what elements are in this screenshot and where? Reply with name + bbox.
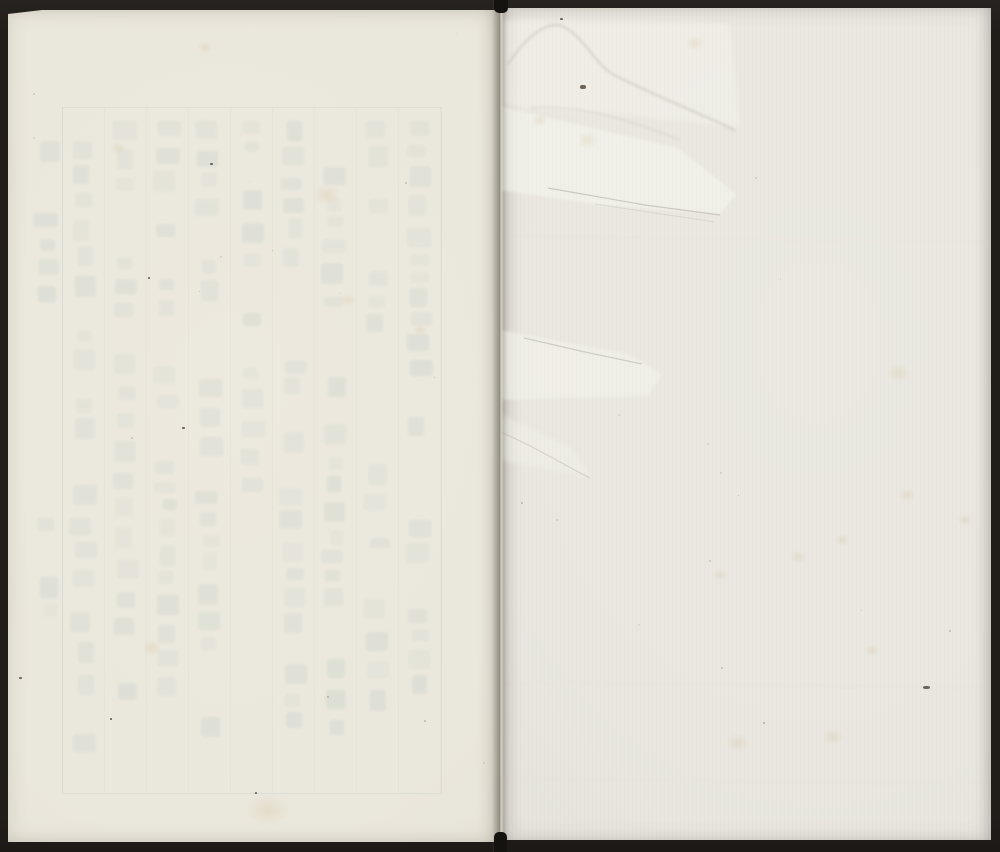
bleedthrough-glyph-smudge (408, 650, 430, 669)
bleedthrough-glyph-smudge (117, 559, 139, 578)
bleedthrough-glyph-smudge (410, 121, 429, 136)
bleedthrough-glyph-smudge (321, 550, 343, 563)
bleedthrough-glyph-smudge (40, 141, 60, 162)
bleedthrough-glyph-smudge (73, 570, 94, 588)
bleedthrough-glyph-smudge (198, 612, 220, 630)
bleedthrough-glyph-smudge (73, 734, 96, 754)
bleedthrough-glyph-smudge (409, 520, 431, 537)
bleedthrough-glyph-smudge (368, 464, 387, 486)
bleedthrough-glyph-smudge (286, 712, 303, 728)
bleedthrough-glyph-smudge (200, 437, 223, 456)
bleedthrough-glyph-smudge (159, 279, 174, 290)
bleedthrough-glyph-smudge (118, 683, 138, 700)
bleedthrough-glyph-smudge (203, 552, 217, 571)
bleedthrough-glyph-smudge (243, 190, 262, 210)
bleedthrough-glyph-smudge (196, 121, 216, 139)
bleedthrough-column-rule (146, 107, 147, 792)
bleedthrough-glyph-smudge (284, 377, 300, 394)
bleedthrough-glyph-smudge (321, 263, 343, 284)
bleedthrough-glyph-smudge (114, 303, 134, 318)
bleedthrough-column-rule (272, 107, 273, 792)
bleedthrough-glyph-smudge (73, 141, 92, 159)
bleedthrough-column-rule (230, 107, 231, 792)
bleedthrough-glyph-smudge (113, 473, 134, 490)
right-page (500, 8, 991, 840)
bleedthrough-glyph-smudge (410, 255, 429, 265)
bleedthrough-column-rule (104, 107, 105, 792)
bleedthrough-glyph-smudge (324, 424, 347, 446)
bleedthrough-glyph-smudge (328, 377, 346, 398)
bleedthrough-glyph-smudge (43, 603, 58, 617)
bleedthrough-glyph-smudge (201, 717, 221, 738)
bleedthrough-glyph-smudge (40, 577, 59, 599)
bleedthrough-glyph-smudge (245, 142, 259, 152)
bleedthrough-glyph-smudge (406, 543, 429, 563)
bleedthrough-glyph-smudge (329, 456, 344, 471)
bleedthrough-glyph-smudge (158, 571, 174, 584)
bleedthrough-glyph-smudge (73, 220, 89, 241)
bleedthrough-glyph-smudge (242, 121, 260, 134)
bleedthrough-glyph-smudge (78, 247, 93, 266)
bleedthrough-glyph-smudge (366, 632, 388, 651)
bleedthrough-column-rule (62, 107, 63, 792)
book-scan (0, 0, 1000, 852)
bleedthrough-glyph-smudge (195, 491, 218, 503)
bleedthrough-glyph-smudge (157, 595, 179, 615)
bleedthrough-glyph-smudge (369, 271, 389, 286)
bleedthrough-glyph-smudge (326, 690, 346, 709)
bleedthrough-glyph-smudge (286, 568, 304, 580)
bleedthrough-column-rule (314, 107, 315, 792)
bleedthrough-glyph-smudge (117, 413, 134, 428)
crease-horizontal-crease-1 (500, 236, 991, 242)
bleedthrough-glyph-smudge (324, 588, 344, 606)
bleedthrough-glyph-smudge (75, 418, 95, 439)
bleedthrough-glyph-smudge (242, 478, 264, 492)
bleedthrough-glyph-smudge (115, 279, 137, 293)
bleedthrough-glyph-smudge (287, 121, 302, 141)
bleedthrough-column-rule (440, 107, 441, 792)
bleedthrough-column-rule (356, 107, 357, 792)
bleedthrough-glyph-smudge (284, 613, 302, 633)
bleedthrough-glyph-smudge (288, 218, 303, 238)
bleedthrough-glyph-smudge (283, 248, 299, 268)
bleedthrough-glyph-smudge (159, 300, 174, 316)
bleedthrough-glyph-smudge (325, 570, 340, 581)
bleedthrough-glyph-smudge (241, 449, 259, 465)
bleedthrough-glyph-smudge (370, 690, 387, 711)
bleedthrough-glyph-smudge (366, 314, 383, 333)
bleedthrough-glyph-smudge (73, 485, 97, 506)
bleedthrough-glyph-smudge (285, 361, 307, 373)
repair-patch-tissue-zone-lower (500, 414, 592, 478)
bleedthrough-text-block (8, 10, 500, 842)
bleedthrough-glyph-smudge (73, 165, 90, 184)
bleedthrough-glyph-smudge (412, 629, 429, 641)
bleedthrough-glyph-smudge (242, 223, 264, 243)
bleedthrough-glyph-smudge (330, 530, 345, 545)
bleedthrough-glyph-smudge (113, 121, 137, 140)
bleedthrough-glyph-smudge (118, 386, 137, 400)
bleedthrough-glyph-smudge (244, 253, 261, 267)
crease-horizontal-crease-3 (500, 778, 991, 784)
bleedthrough-glyph-smudge (285, 664, 307, 685)
bleedthrough-glyph-smudge (195, 199, 218, 215)
bleedthrough-glyph-smudge (322, 239, 346, 253)
bleedthrough-glyph-smudge (75, 542, 97, 559)
repair-patch-crumpled-zone (502, 20, 740, 128)
bleedthrough-glyph-smudge (243, 368, 258, 379)
bleedthrough-glyph-smudge (117, 258, 133, 269)
bleedthrough-glyph-smudge (408, 417, 424, 437)
left-page (8, 10, 500, 842)
bleedthrough-glyph-smudge (367, 661, 388, 678)
bleedthrough-glyph-smudge (34, 213, 58, 227)
bleedthrough-glyph-smudge (283, 198, 304, 213)
bleedthrough-glyph-smudge (410, 166, 432, 188)
bleedthrough-glyph-smudge (156, 148, 179, 164)
bleedthrough-glyph-smudge (160, 546, 175, 566)
bleedthrough-glyph-smudge (412, 675, 427, 694)
bleedthrough-glyph-smudge (201, 637, 216, 650)
bleedthrough-glyph-smudge (154, 482, 175, 494)
bleedthrough-glyph-smudge (370, 538, 390, 548)
bleedthrough-glyph-smudge (78, 642, 95, 664)
binding-notch-top (494, 0, 508, 13)
bleedthrough-glyph-smudge (282, 542, 304, 563)
bleedthrough-glyph-smudge (114, 441, 136, 463)
bleedthrough-glyph-smudge (115, 527, 132, 549)
bleedthrough-glyph-smudge (407, 145, 427, 157)
bleedthrough-glyph-smudge (158, 650, 178, 666)
bleedthrough-glyph-smudge (364, 599, 385, 620)
repair-tissue-layer (500, 8, 991, 840)
gutter-fold (492, 0, 508, 852)
bleedthrough-glyph-smudge (75, 276, 95, 298)
bleedthrough-glyph-smudge (78, 675, 93, 695)
bleedthrough-glyph-smudge (158, 121, 181, 136)
bleedthrough-glyph-smudge (408, 195, 427, 216)
bleedthrough-glyph-smudge (411, 312, 432, 325)
bleedthrough-glyph-smudge (243, 313, 262, 326)
bleedthrough-column-rule (398, 107, 399, 792)
bleedthrough-glyph-smudge (407, 334, 429, 351)
bleedthrough-glyph-smudge (282, 147, 304, 166)
bleedthrough-glyph-smudge (410, 360, 433, 377)
bleedthrough-glyph-smudge (285, 693, 300, 708)
bleedthrough-glyph-smudge (198, 584, 218, 606)
bleedthrough-glyph-smudge (117, 592, 135, 609)
bleedthrough-glyph-smudge (157, 395, 179, 408)
bleedthrough-glyph-smudge (197, 151, 218, 167)
bleedthrough-glyph-smudge (114, 618, 134, 636)
bleedthrough-glyph-smudge (368, 296, 386, 308)
bleedthrough-glyph-smudge (202, 260, 216, 273)
bleedthrough-glyph-smudge (116, 178, 134, 191)
bleedthrough-glyph-smudge (155, 461, 174, 474)
bleedthrough-glyph-smudge (324, 502, 345, 523)
bleedthrough-glyph-smudge (77, 331, 92, 341)
bleedthrough-glyph-smudge (366, 121, 385, 138)
bleedthrough-glyph-smudge (369, 199, 389, 213)
bleedthrough-glyph-smudge (410, 288, 427, 307)
bleedthrough-glyph-smudge (281, 178, 302, 190)
bleedthrough-glyph-smudge (37, 518, 55, 531)
bleedthrough-glyph-smudge (324, 297, 343, 307)
bleedthrough-glyph-smudge (284, 432, 305, 453)
bleedthrough-glyph-smudge (163, 499, 177, 509)
bleedthrough-glyph-smudge (75, 193, 92, 207)
bleedthrough-glyph-smudge (199, 379, 221, 397)
bleedthrough-glyph-smudge (330, 720, 344, 735)
bleedthrough-glyph-smudge (158, 625, 175, 643)
bleedthrough-glyph-smudge (201, 280, 218, 301)
bleedthrough-glyph-smudge (327, 476, 341, 493)
bleedthrough-glyph-smudge (76, 399, 92, 413)
bleedthrough-glyph-smudge (327, 198, 342, 212)
bleedthrough-glyph-smudge (408, 609, 428, 623)
binding-notch-bottom (494, 832, 507, 852)
bleedthrough-glyph-smudge (114, 354, 136, 374)
bleedthrough-glyph-smudge (39, 259, 58, 275)
bleedthrough-glyph-smudge (327, 659, 346, 678)
bleedthrough-glyph-smudge (153, 366, 175, 384)
repair-patch-tissue-strip-middle (500, 330, 662, 400)
bleedthrough-glyph-smudge (200, 512, 216, 525)
bleedthrough-glyph-smudge (115, 497, 133, 517)
bleedthrough-glyph-smudge (410, 272, 430, 283)
bleedthrough-glyph-smudge (74, 349, 95, 370)
bleedthrough-glyph-smudge (159, 518, 175, 537)
bleedthrough-glyph-smudge (284, 588, 305, 607)
bleedthrough-glyph-smudge (153, 171, 175, 193)
bleedthrough-glyph-smudge (203, 535, 220, 546)
bleedthrough-glyph-smudge (242, 421, 266, 437)
bleedthrough-glyph-smudge (157, 677, 176, 696)
bleedthrough-glyph-smudge (156, 224, 176, 237)
bleedthrough-glyph-smudge (69, 518, 91, 535)
bleedthrough-glyph-smudge (407, 228, 431, 247)
crease-horizontal-crease-2 (500, 682, 991, 688)
bleedthrough-glyph-smudge (279, 510, 302, 529)
bleedthrough-glyph-smudge (363, 494, 386, 511)
bleedthrough-glyph-smudge (279, 488, 302, 505)
bleedthrough-glyph-smudge (70, 612, 90, 632)
bleedthrough-glyph-smudge (38, 286, 56, 302)
bleedthrough-glyph-smudge (327, 216, 343, 227)
bleedthrough-glyph-smudge (369, 146, 389, 167)
bleedthrough-glyph-smudge (117, 149, 133, 169)
bleedthrough-glyph-smudge (323, 167, 346, 186)
bleedthrough-glyph-smudge (201, 172, 217, 187)
bleedthrough-glyph-smudge (200, 408, 220, 427)
bleedthrough-column-rule (188, 107, 189, 792)
bleedthrough-glyph-smudge (40, 239, 55, 251)
bleedthrough-glyph-smudge (242, 389, 264, 409)
